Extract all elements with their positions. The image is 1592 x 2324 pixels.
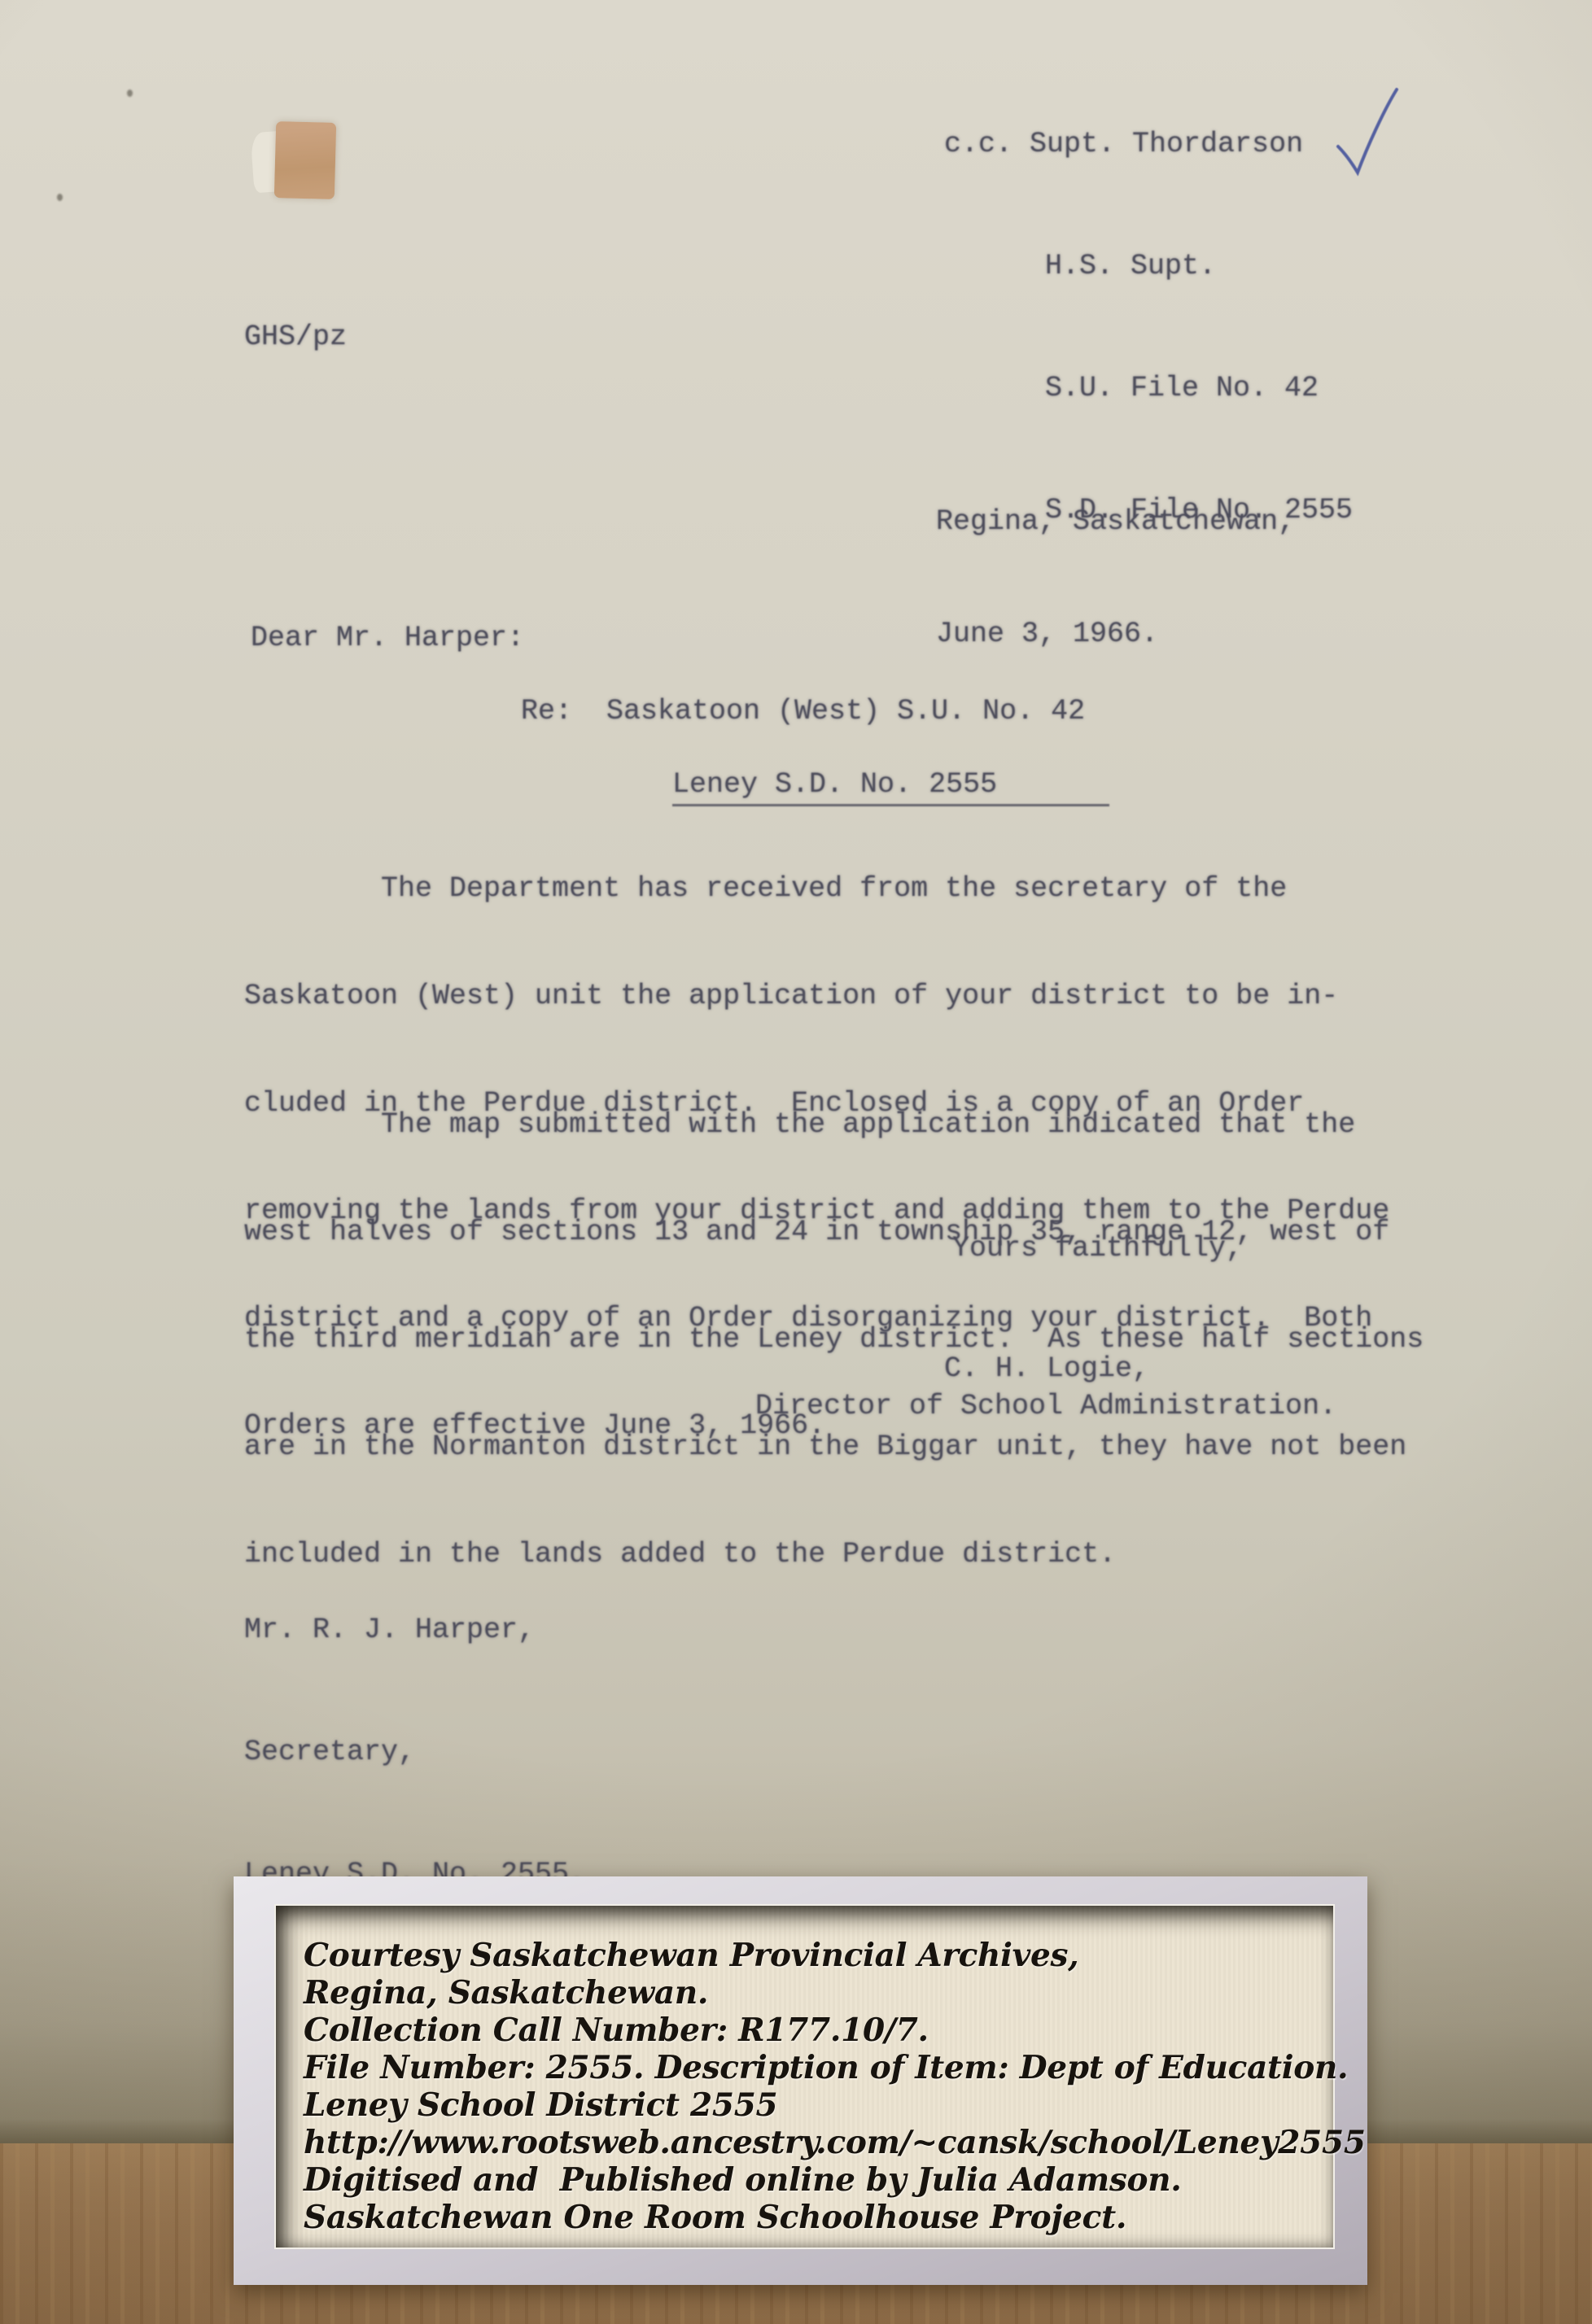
caption-line: Saskatchewan One Room Schoolhouse Projec… [304, 2199, 1322, 2236]
body-line: west halves of sections 13 and 24 in tow… [244, 1214, 1424, 1250]
subject-line-1: Re: Saskatoon (West) S.U. No. 42 [521, 693, 1085, 729]
dust-speck [127, 90, 133, 97]
caption-line: File Number: 2555. Description of Item: … [304, 2049, 1322, 2086]
handwritten-checkmark-icon [1333, 85, 1400, 186]
dateline-date: June 3, 1966. [936, 615, 1295, 653]
caption-line: Digitised and Published online by Julia … [304, 2161, 1322, 2199]
typist-initials: GHS/pz [244, 319, 347, 355]
cc-line: H.S. Supt. [944, 246, 1353, 286]
body-line: the third meridian are in the Leney dist… [244, 1321, 1424, 1357]
caption-line: Leney School District 2555 [304, 2086, 1322, 2124]
cc-line: S.U. File No. 42 [944, 368, 1353, 408]
photographed-letter: c.c. Supt. Thordarson H.S. Supt. S.U. Fi… [0, 0, 1592, 2324]
cc-line: c.c. Supt. Thordarson [944, 124, 1353, 164]
dateline: Regina, Saskatchewan, June 3, 1966. [936, 428, 1295, 727]
recipient-line: Mr. R. J. Harper, [244, 1610, 586, 1650]
body-line: The map submitted with the application i… [244, 1107, 1424, 1142]
body-line: are in the Normanton district in the Big… [244, 1429, 1424, 1465]
closing: Yours faithfully, [952, 1230, 1243, 1266]
recipient-line: Secretary, [244, 1732, 586, 1772]
caption-line: Regina, Saskatchewan. [304, 1974, 1322, 2012]
dust-speck [57, 194, 63, 201]
caption-line: Collection Call Number: R177.10/7. [304, 2012, 1322, 2049]
caption-line: Courtesy Saskatchewan Provincial Archive… [304, 1937, 1322, 1974]
caption-panel: Courtesy Saskatchewan Provincial Archive… [276, 1906, 1333, 2248]
dateline-place: Regina, Saskatchewan, [936, 503, 1295, 540]
signature-name: C. H. Logie, [944, 1351, 1149, 1387]
salutation: Dear Mr. Harper: [251, 620, 524, 656]
caption-url: http://www.rootsweb.ancestry.com/~cansk/… [304, 2124, 1322, 2161]
body-line: Saskatoon (West) unit the application of… [244, 978, 1389, 1014]
signature-title: Director of School Administration. [755, 1388, 1336, 1424]
body-line: The Department has received from the sec… [244, 871, 1389, 906]
tape-remnant [274, 121, 336, 199]
caption-frame: Courtesy Saskatchewan Provincial Archive… [234, 1876, 1367, 2285]
